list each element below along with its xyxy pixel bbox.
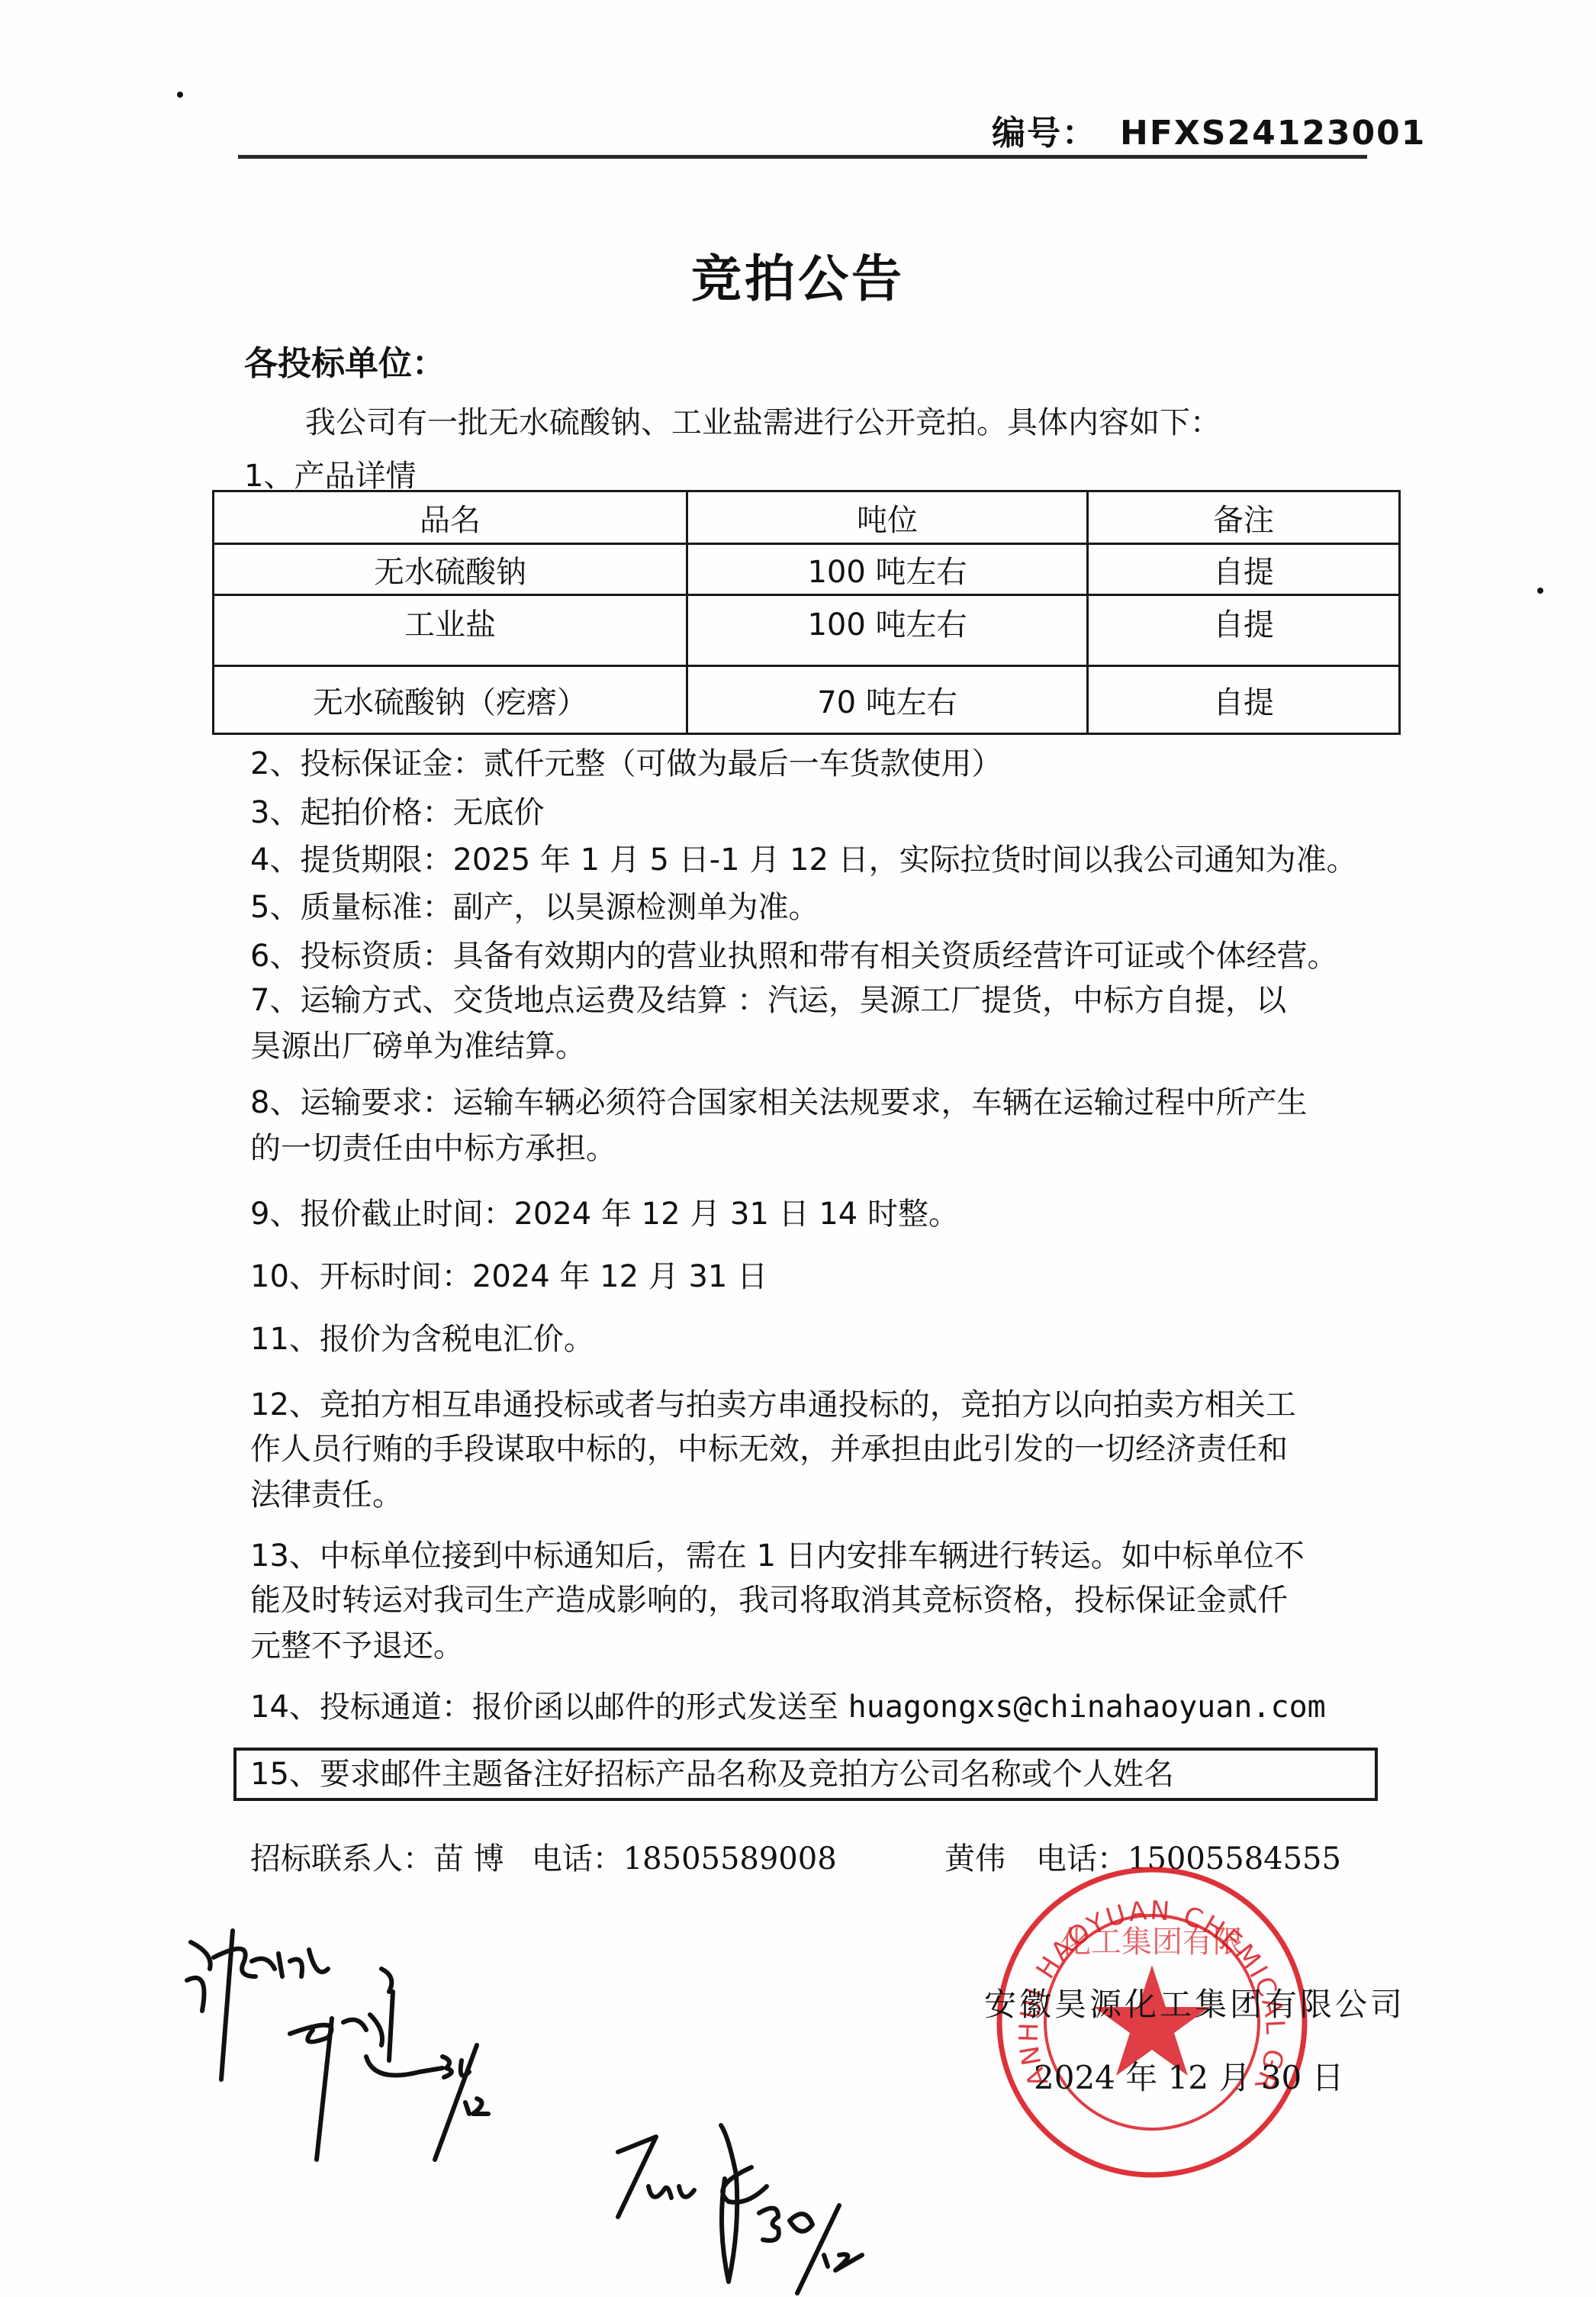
table-header: 品名 (214, 491, 687, 544)
item-2: 2、投标保证金：贰仟元整（可做为最后一车货款使用） (250, 740, 1379, 788)
issue-date: 2024 年 12 月 30 日 (1034, 2053, 1344, 2099)
item-14: 14、投标通道：报价函以邮件的形式发送至 huagongxs@chinahaoy… (250, 1683, 1379, 1731)
item-7-line1: 7、运输方式、交货地点运费及结算 ：汽运，昊源工厂提货，中标方自提，以 (250, 977, 1379, 1024)
document-number-label: 编号： (992, 114, 1097, 153)
item-14-text: 14、投标通道：报价函以邮件的形式发送至 (250, 1690, 848, 1725)
svg-text:化工集团有限: 化工集团有限 (1060, 1925, 1244, 1960)
contact1-phone: 电话：18505589008 (532, 1841, 837, 1877)
item-5: 5、质量标准：副产，以昊源检测单为准。 (250, 884, 1379, 931)
item-13-line1: 13、中标单位接到中标通知后，需在 1 日内安排车辆进行转运。如中标单位不 (250, 1532, 1379, 1580)
item-10: 10、开标时间：2024 年 12 月 31 日 (250, 1253, 1379, 1300)
item-8-line1: 8、运输要求：运输车辆必须符合国家相关法规要求，车辆在运输过程中所产生 (250, 1079, 1379, 1126)
table-row: 无水硫酸钠（疙瘩） 70 吨左右 自提 (214, 666, 1400, 734)
table-cell: 无水硫酸钠 (214, 544, 687, 595)
item-11: 11、报价为含税电汇价。 (250, 1316, 1379, 1363)
header-divider (238, 155, 1367, 159)
bid-email-link[interactable]: huagongxs@chinahaoyuan.com (848, 1690, 1326, 1725)
table-cell: 自提 (1088, 595, 1400, 666)
product-table: 品名 吨位 备注 无水硫酸钠 100 吨左右 自提 工业盐 100 吨左右 自提… (212, 490, 1401, 735)
contact1-name: 苗 博 (433, 1841, 504, 1877)
table-cell: 自提 (1088, 666, 1400, 734)
table-cell: 100 吨左右 (687, 595, 1088, 666)
item-12-line3: 法律责任。 (250, 1471, 1379, 1519)
table-row: 工业盐 100 吨左右 自提 (214, 595, 1400, 666)
item-12-line2: 作人员行贿的手段谋取中标的，中标无效，并承担由此引发的一切经济责任和 (250, 1426, 1379, 1473)
table-cell: 70 吨左右 (687, 666, 1088, 734)
table-header: 吨位 (687, 491, 1088, 544)
item-13-line2: 能及时转运对我司生产造成影响的，我司将取消其竞标资格，投标保证金贰仟 (250, 1577, 1379, 1624)
table-cell: 工业盐 (214, 595, 687, 666)
table-cell: 100 吨左右 (687, 544, 1088, 595)
item-4: 4、提货期限：2025 年 1 月 5 日-1 月 12 日，实际拉货时间以我公… (250, 836, 1379, 884)
table-cell: 无水硫酸钠（疙瘩） (214, 666, 687, 734)
document-number: 编号：HFXS24123001 (992, 105, 1426, 154)
document-number-value: HFXS24123001 (1120, 114, 1426, 153)
scan-speck (1537, 588, 1543, 594)
item-7-line2: 昊源出厂磅单为准结算。 (250, 1023, 1379, 1070)
item-13-line3: 元整不予退还。 (250, 1622, 1379, 1670)
issuer-company: 安徽昊源化工集团有限公司 (984, 1980, 1405, 2025)
table-cell: 自提 (1088, 544, 1400, 595)
table-header: 备注 (1088, 491, 1400, 544)
salutation: 各投标单位： (244, 336, 446, 385)
section-1-title: 1、产品详情 (244, 452, 416, 495)
handwritten-signature-2 (595, 2114, 915, 2297)
item-9: 9、报价截止时间：2024 年 12 月 31 日 14 时整。 (250, 1190, 1379, 1238)
item-12-line1: 12、竞拍方相互串通投标或者与拍卖方串通投标的，竞拍方以向拍卖方相关工 (250, 1381, 1379, 1429)
intro-paragraph: 我公司有一批无水硫酸钠、工业盐需进行公开竞拍。具体内容如下： (305, 398, 1221, 442)
item-8-line2: 的一切责任由中标方承担。 (250, 1125, 1379, 1172)
page-title: 竞拍公告 (0, 238, 1596, 311)
table-header-row: 品名 吨位 备注 (214, 491, 1400, 544)
scan-speck (177, 92, 183, 98)
table-row: 无水硫酸钠 100 吨左右 自提 (214, 544, 1400, 595)
handwritten-signature-1 (168, 1908, 595, 2183)
contact-line-1: 招标联系人：苗 博电话：18505589008 (250, 1835, 864, 1878)
contact-label: 招标联系人： (250, 1841, 433, 1877)
item-3: 3、起拍价格：无底价 (250, 789, 1379, 836)
item-15-boxed: 15、要求邮件主题备注好招标产品名称及竞拍方公司名称或个人姓名 (233, 1748, 1378, 1801)
item-6: 6、投标资质：具备有效期内的营业执照和带有相关资质经营许可证或个体经营。 (250, 933, 1379, 980)
